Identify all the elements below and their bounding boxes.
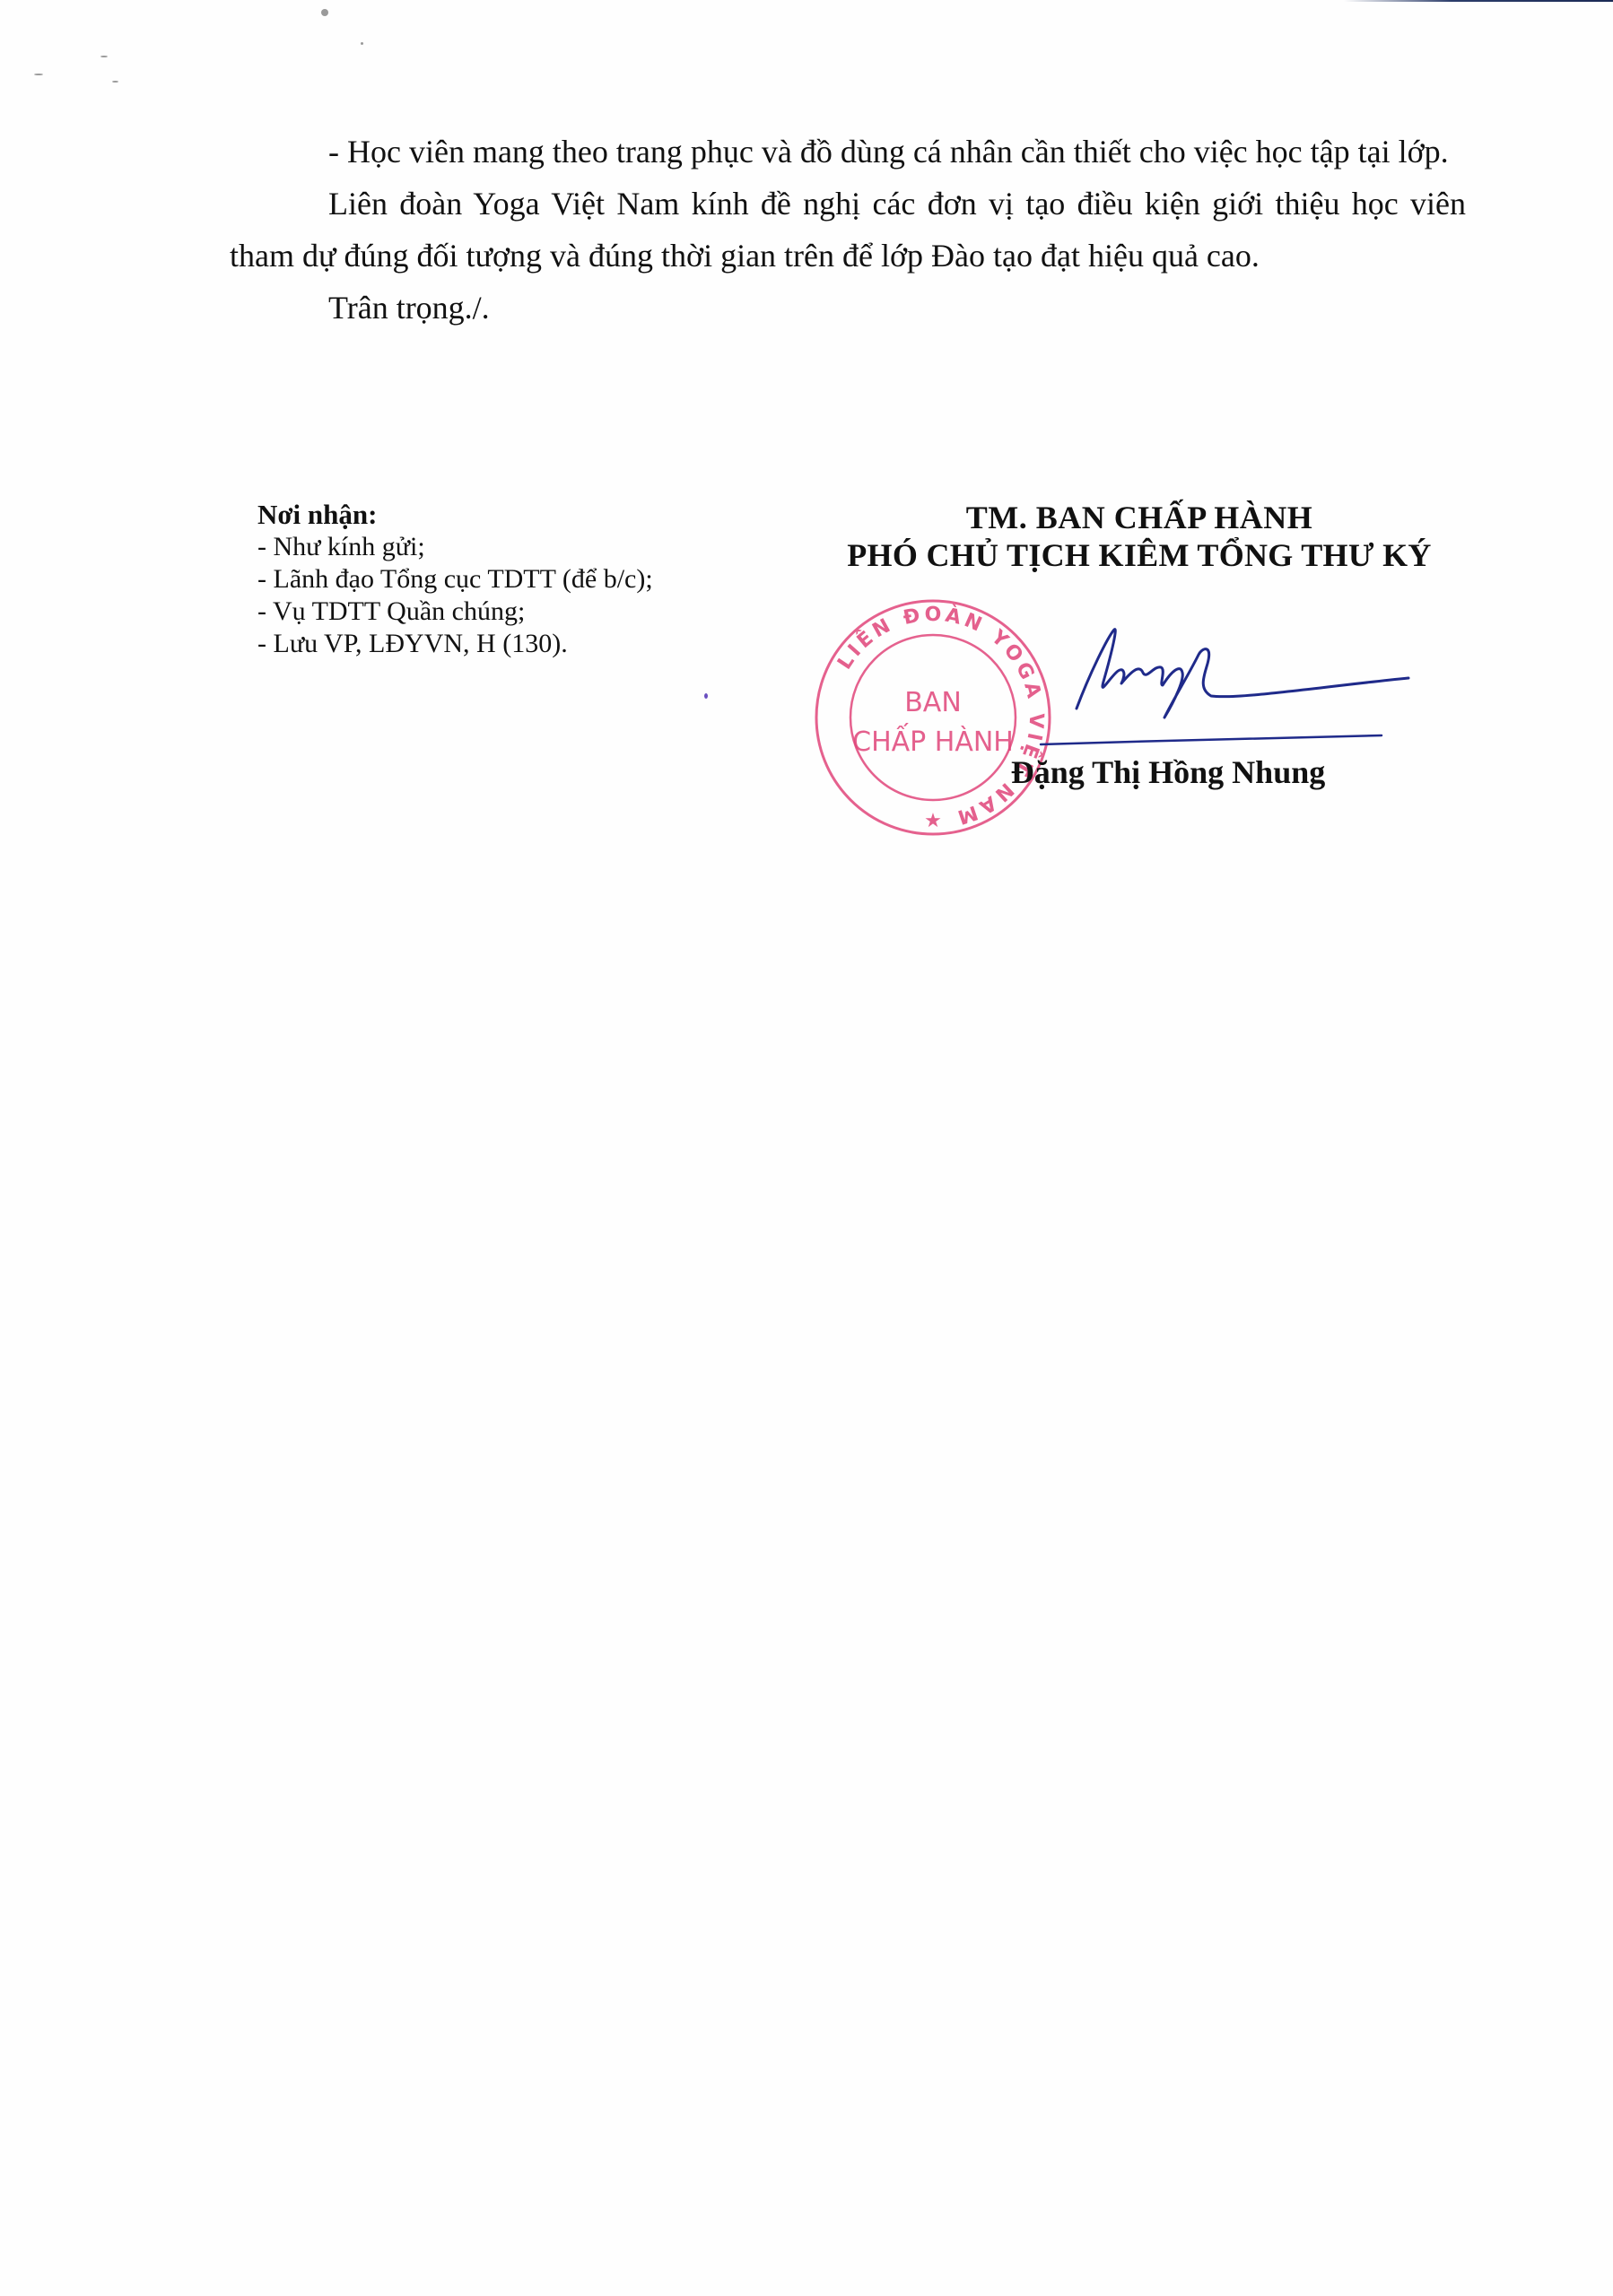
scan-speck xyxy=(100,56,108,57)
handwritten-signature-icon xyxy=(1023,610,1417,753)
svg-text:BAN: BAN xyxy=(904,687,962,718)
official-stamp-icon: LIÊN ĐOÀN YOGA VIỆT NAM BAN CHẤP HÀNH ★ xyxy=(812,596,1054,839)
recipient-item: - Như kính gửi; xyxy=(257,531,653,563)
scan-speck xyxy=(361,42,363,45)
document-page: - Học viên mang theo trang phục và đồ dù… xyxy=(0,0,1613,2296)
signer-name: Đặng Thị Hồng Nhung xyxy=(917,753,1419,791)
recipient-item: - Vụ TDTT Quần chúng; xyxy=(257,596,653,628)
scan-speck xyxy=(112,81,118,83)
paragraph-request: Liên đoàn Yoga Việt Nam kính đề nghị các… xyxy=(230,178,1466,282)
scan-edge-line xyxy=(1344,0,1613,2)
signature-org-line: TM. BAN CHẤP HÀNH xyxy=(789,499,1489,536)
svg-text:★: ★ xyxy=(924,810,942,832)
scan-speck xyxy=(704,693,708,699)
recipients-block: Nơi nhận: - Như kính gửi; - Lãnh đạo Tổn… xyxy=(257,499,653,660)
signature-title-line: PHÓ CHỦ TỊCH KIÊM TỔNG THƯ KÝ xyxy=(789,536,1489,574)
scan-speck xyxy=(34,74,43,75)
recipient-item: - Lưu VP, LĐYVN, H (130). xyxy=(257,628,653,660)
signature-heading: TM. BAN CHẤP HÀNH PHÓ CHỦ TỊCH KIÊM TỔNG… xyxy=(789,499,1489,574)
scan-speck xyxy=(321,9,328,16)
body-text: - Học viên mang theo trang phục và đồ dù… xyxy=(230,126,1466,334)
recipient-item: - Lãnh đạo Tổng cục TDTT (để b/c); xyxy=(257,563,653,596)
paragraph-belongings: - Học viên mang theo trang phục và đồ dù… xyxy=(230,126,1466,178)
recipients-title: Nơi nhận: xyxy=(257,499,653,531)
paragraph-closing: Trân trọng./. xyxy=(230,282,1466,334)
